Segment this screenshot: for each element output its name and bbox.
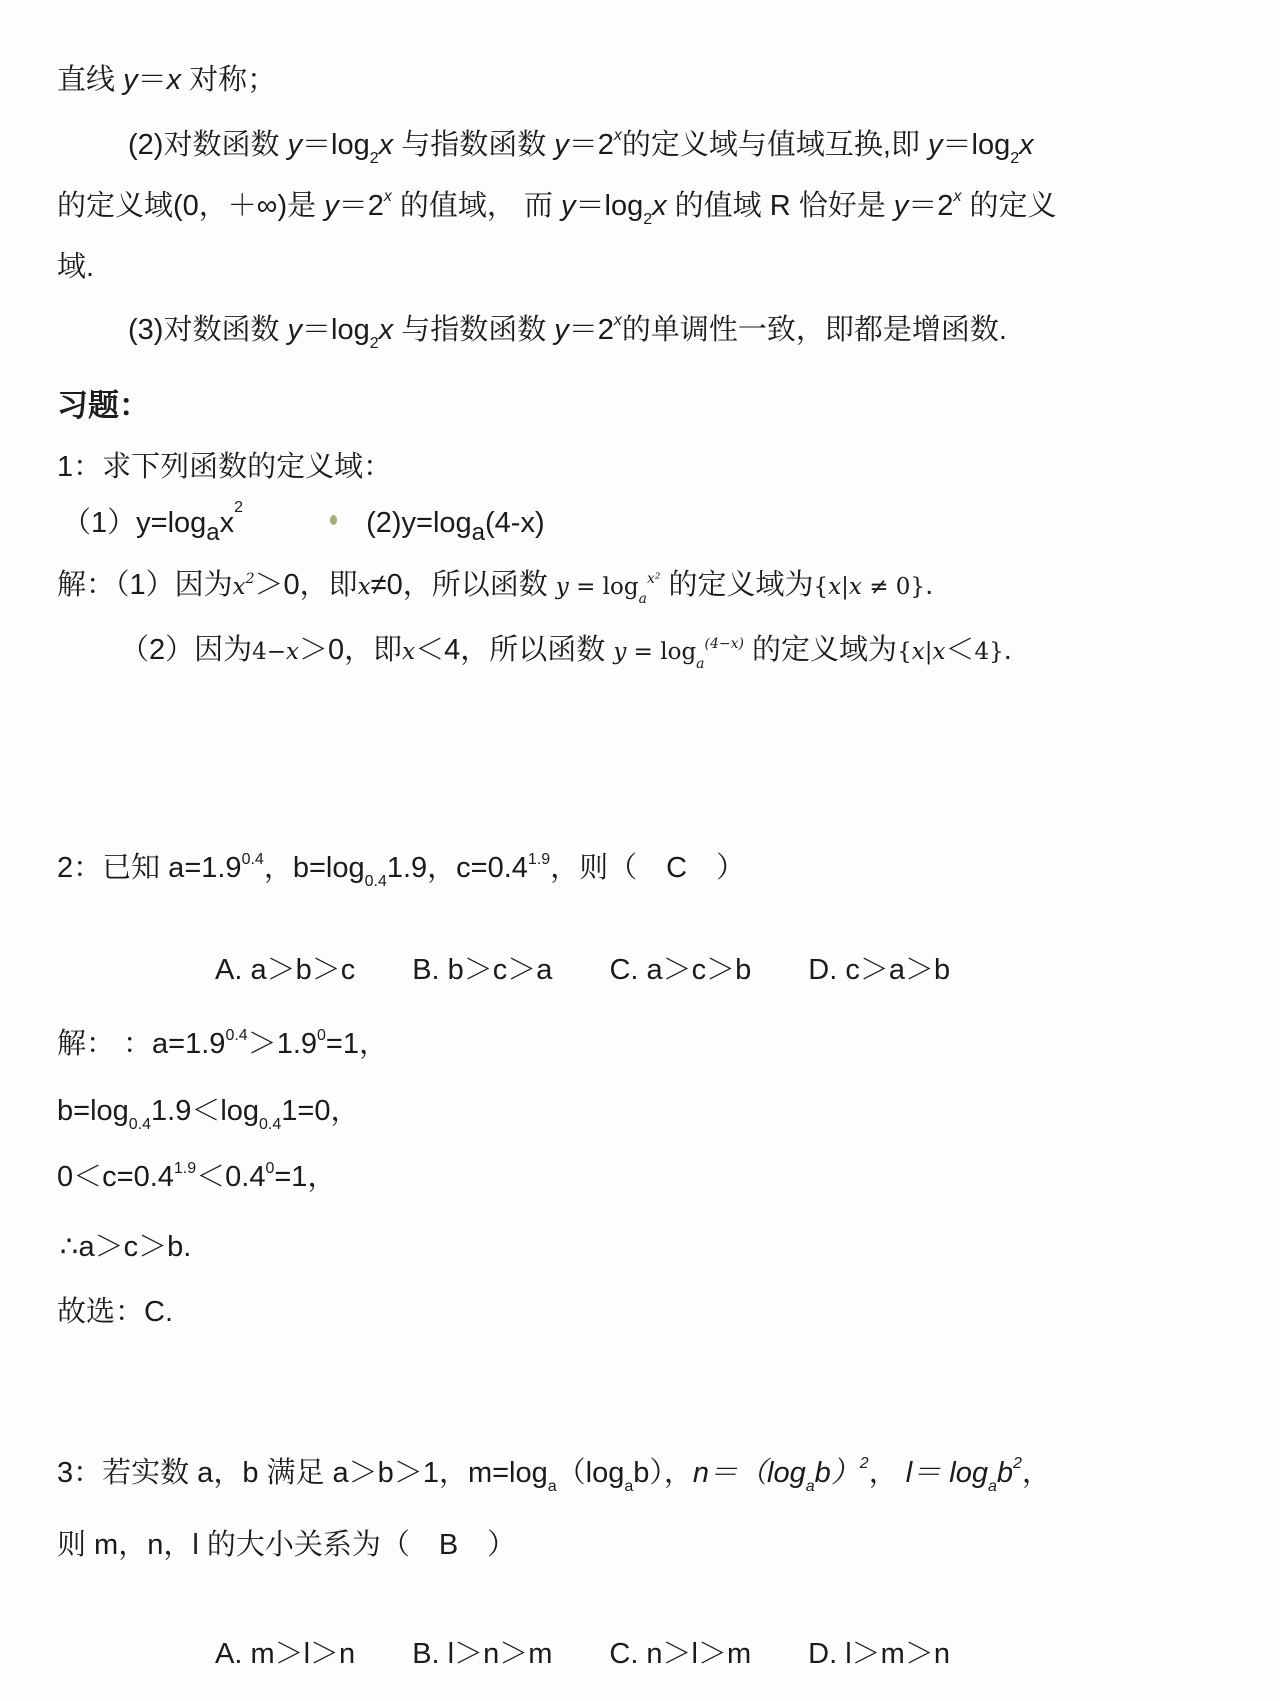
text-run: b=log — [57, 1095, 129, 1127]
q3-prompt-line-2: 则 m，n，l 的大小关系为（ B ） — [57, 1527, 516, 1565]
exercises-heading: 习题： — [57, 386, 150, 426]
q2-solution-5: 故选：C. — [57, 1294, 173, 1332]
q3-prompt-line-1: 3：若实数 a，b 满足 a＞b＞1，m=loga（logab），n＝（loga… — [57, 1455, 1051, 1493]
math-italic-run: l＝ log — [906, 1457, 988, 1489]
text-run: log — [331, 129, 370, 161]
text-run: 0＜c=0.4 — [57, 1161, 174, 1193]
superscript: 0 — [317, 1027, 326, 1044]
q1-solution-2: （2）因为4−x＞0，即x＜4，所以函数 y = loga(4−x) 的定义域为… — [120, 632, 1012, 670]
text-run: 与指数函数 — [393, 314, 554, 346]
italic-superscript: x — [384, 188, 392, 205]
serif-math-run: 4− — [252, 639, 286, 665]
math-italic-run: x — [167, 64, 182, 96]
serif-math-run: 4} — [974, 639, 1003, 665]
serif-math-run: = log — [569, 574, 639, 600]
text-run: 的定义域(0，＋∞)是 — [57, 190, 324, 222]
option-item: A. m＞l＞n — [215, 1636, 355, 1674]
serif-math-run: | — [841, 574, 849, 600]
math-italic-run: y — [554, 314, 569, 346]
text-run: ∴a＞c＞b. — [60, 1231, 191, 1263]
serif-subscript: a — [639, 591, 647, 607]
subscript: 2 — [1010, 150, 1019, 167]
q2-solution-3: 0＜c=0.41.9＜0.40=1， — [57, 1159, 336, 1197]
text-run: 故选：C. — [57, 1296, 173, 1328]
math-italic-run: y — [554, 129, 569, 161]
serif-math-italic-run: x — [912, 639, 925, 665]
text-run: ＜0.4 — [196, 1161, 265, 1193]
text-run: 的定义 — [961, 190, 1056, 222]
subscript: 0.4 — [129, 1116, 151, 1133]
subscript: 2 — [643, 211, 652, 228]
serif-math-italic-run: x — [358, 574, 371, 600]
math-italic-run: y — [928, 129, 943, 161]
math-italic-run: y — [123, 64, 138, 96]
text-run: （log — [557, 1457, 625, 1489]
q1-parts: （1）y=logax2 (2)y=loga(4-x) — [62, 505, 545, 543]
text-run: （1）y=log — [62, 507, 206, 539]
intro-line-3: 的定义域(0，＋∞)是 y＝2x 的值域， 而 y＝log2x 的值域 R 恰好… — [57, 188, 1057, 226]
serif-math-italic-run: y — [556, 574, 569, 600]
text-run: (2)对数函数 — [128, 129, 288, 161]
math-italic-run: x — [379, 129, 394, 161]
base-subscript: a — [472, 519, 485, 546]
math-italic-run: y — [288, 129, 303, 161]
serif-math-run: ≠ 0} — [862, 574, 925, 600]
italic-superscript: 2 — [860, 1455, 869, 1472]
text-run: ＝2 — [908, 190, 953, 222]
text-run: log — [605, 190, 644, 222]
italic-subscript: a — [988, 1478, 997, 1495]
text-run: 直线 — [57, 64, 123, 96]
green-dot-mark — [330, 515, 337, 525]
math-italic-run: b） — [815, 1457, 860, 1489]
italic-subscript: a — [806, 1478, 815, 1495]
subscript: a — [624, 1478, 633, 1495]
text-run: 1：求下列函数的定义域： — [57, 451, 392, 483]
superscript: 1.9 — [528, 851, 550, 868]
text-run: 1=0， — [281, 1095, 359, 1127]
text-run: 的值域 R 恰好是 — [667, 190, 894, 222]
text-run: （2）因为 — [120, 634, 252, 666]
superscript: 0 — [265, 1160, 274, 1177]
serif-superscript: x² — [647, 571, 661, 587]
math-italic-run: x — [1019, 129, 1034, 161]
q3-options: A. m＞l＞nB. l＞n＞mC. n＞l＞mD. l＞m＞n — [215, 1636, 950, 1674]
text-run: 与指数函数 — [393, 129, 554, 161]
text-run: 则 m，n，l 的大小关系为（ B ） — [57, 1529, 516, 1561]
text-run: ＝ — [138, 64, 167, 96]
worksheet-page: 直线 y＝x 对称； (2)对数函数 y＝log2x 与指数函数 y＝2x的定义… — [0, 0, 1280, 1701]
text-run: ， — [1022, 1457, 1051, 1489]
math-italic-run: y — [288, 314, 303, 346]
serif-math-italic-run: y — [613, 639, 626, 665]
text-run — [243, 507, 330, 539]
text-run: ＜ — [945, 634, 974, 666]
text-run: . — [925, 569, 933, 601]
text-run: log — [972, 129, 1011, 161]
math-italic-run: y — [324, 190, 339, 222]
math-italic-run: x — [379, 314, 394, 346]
text-run: b）， — [633, 1457, 693, 1489]
text-run: . — [1004, 634, 1012, 666]
text-run: ＞1.9 — [248, 1028, 317, 1060]
text-run: ＞0，即 — [299, 634, 402, 666]
option-item: C. n＞l＞m — [609, 1636, 751, 1674]
text-run: ＝2 — [569, 314, 614, 346]
text-run: 域. — [57, 251, 94, 283]
text-run: 的值域， 而 — [392, 190, 561, 222]
text-run: ＝2 — [339, 190, 384, 222]
text-run: =1， — [326, 1028, 388, 1060]
italic-superscript: x — [614, 127, 622, 144]
math-italic-run: x — [652, 190, 667, 222]
option-item: B. l＞n＞m — [412, 1636, 552, 1674]
q2-solution-1: 解： ：a=1.90.4＞1.90=1， — [57, 1026, 388, 1064]
subscript: 2 — [370, 150, 379, 167]
text-run: =1， — [274, 1161, 336, 1193]
serif-subscript: a — [696, 656, 704, 672]
option-item: A. a＞b＞c — [215, 952, 355, 990]
text-run: ，则（ C ） — [550, 852, 745, 884]
q2-options: A. a＞b＞cB. b＞c＞aC. a＞c＞bD. c＞a＞b — [215, 952, 950, 990]
text-run: (2)y=log — [366, 507, 472, 539]
math-italic-run: b — [997, 1457, 1013, 1489]
serif-math-run: = log — [626, 639, 696, 665]
text-run: ＝ — [302, 314, 331, 346]
q2-solution-2: b=log0.41.9＜log0.41=0， — [57, 1093, 359, 1131]
math-italic-run: y — [561, 190, 576, 222]
serif-math-italic-run: x — [233, 574, 246, 600]
math-italic-run: y — [894, 190, 909, 222]
text-run: 的单调性一致，即都是增函数. — [622, 314, 1007, 346]
text-run: ＝ — [302, 129, 331, 161]
text-run: ， — [869, 1457, 906, 1489]
text-run: 1.9，c=0.4 — [387, 852, 528, 884]
superscript: 1.9 — [174, 1160, 196, 1177]
text-run: ＞0，即 — [255, 569, 358, 601]
text-run: (4-x) — [485, 507, 545, 539]
text-run — [337, 507, 366, 539]
q2-prompt: 2：已知 a=1.90.4，b=log0.41.9，c=0.41.9，则（ C … — [57, 850, 745, 888]
text-run: 对称； — [181, 64, 276, 96]
text-run: log — [331, 314, 370, 346]
subscript: 2 — [370, 335, 379, 352]
intro-line-4: 域. — [57, 249, 94, 287]
serif-superscript: (4−x) — [705, 636, 744, 652]
text-run: (3)对数函数 — [128, 314, 288, 346]
italic-superscript: 2 — [1013, 1455, 1022, 1472]
serif-math-italic-run: x — [828, 574, 841, 600]
serif-math-italic-run: x — [932, 639, 945, 665]
text-run: ＝ — [943, 129, 972, 161]
text-run: 1.9＜log — [151, 1095, 259, 1127]
subscript: a — [548, 1478, 557, 1495]
option-item: C. a＞c＞b — [609, 952, 751, 990]
high-superscript: 2 — [234, 499, 243, 516]
q1-prompt: 1：求下列函数的定义域： — [57, 449, 392, 487]
subscript: 0.4 — [365, 873, 387, 890]
superscript: 0.4 — [225, 1027, 247, 1044]
serif-math-italic-run: x — [849, 574, 862, 600]
text-run: ＝2 — [569, 129, 614, 161]
serif-math-italic-run: x — [402, 639, 415, 665]
italic-superscript: x — [953, 188, 961, 205]
base-subscript: a — [206, 519, 219, 546]
text-run: x — [220, 507, 235, 539]
italic-superscript: x — [614, 312, 622, 329]
text-run: 的定义域为 — [660, 569, 813, 601]
text-run: ＝ — [576, 190, 605, 222]
serif-math-italic-run: x — [286, 639, 299, 665]
text-run: ，b=log — [264, 852, 365, 884]
math-italic-run: n＝（log — [693, 1457, 806, 1489]
q2-solution-4: ∴a＞c＞b. — [60, 1229, 191, 1267]
text-run: 3：若实数 a，b 满足 a＞b＞1，m=log — [57, 1457, 548, 1489]
text-run: 2：已知 a=1.9 — [57, 852, 242, 884]
text-run: ＜4，所以函数 — [415, 634, 613, 666]
q1-solution-1: 解：（1）因为x2＞0，即x≠0，所以函数 y = logax² 的定义域为{x… — [57, 567, 933, 605]
intro-line-1: 直线 y＝x 对称； — [57, 62, 276, 100]
option-item: D. l＞m＞n — [808, 1636, 950, 1674]
text-run: ≠0，所以函数 — [371, 569, 556, 601]
text-run: 的定义域与值域互换,即 — [622, 129, 928, 161]
superscript: 0.4 — [242, 851, 264, 868]
text-run: 的定义域为 — [744, 634, 897, 666]
option-item: D. c＞a＞b — [808, 952, 950, 990]
option-item: B. b＞c＞a — [412, 952, 552, 990]
intro-line-5: (3)对数函数 y＝log2x 与指数函数 y＝2x的单调性一致，即都是增函数. — [128, 312, 1007, 350]
intro-line-2: (2)对数函数 y＝log2x 与指数函数 y＝2x的定义域与值域互换,即 y＝… — [128, 127, 1034, 165]
text-run: 解： ：a=1.9 — [57, 1028, 225, 1060]
text-run: 解：（1）因为 — [57, 569, 233, 601]
serif-math-run: { — [814, 574, 829, 600]
serif-superscript: 2 — [246, 571, 255, 587]
serif-math-run: { — [897, 639, 912, 665]
subscript: 0.4 — [259, 1116, 281, 1133]
